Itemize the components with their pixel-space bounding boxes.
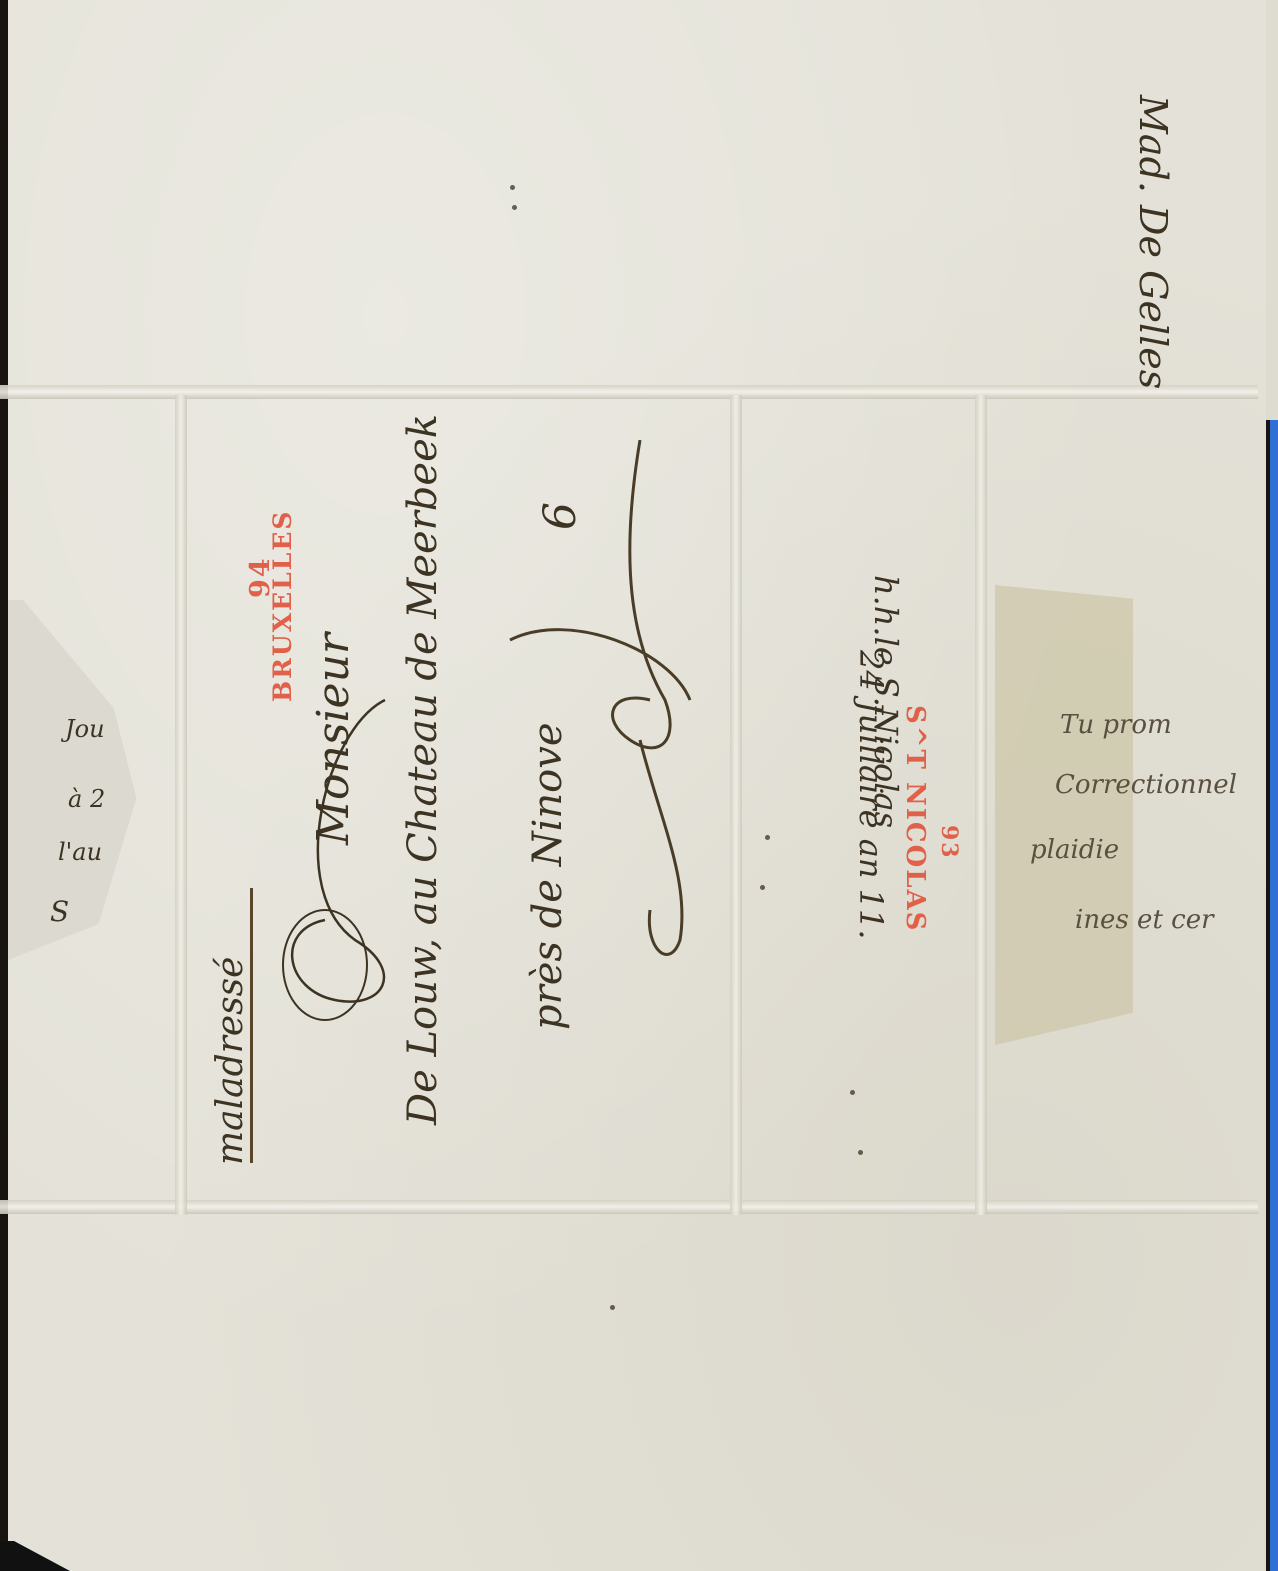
flap-fragment: Jou: [65, 715, 105, 743]
fold-line-vertical-right: [975, 395, 987, 1215]
annotation-maladresse: maladressé: [210, 957, 251, 1165]
sender-note-line-2: 24 Juillaire an 11.: [852, 650, 890, 940]
annotation-underline: [250, 888, 253, 1163]
fold-line-horizontal-bottom: [0, 1200, 1258, 1214]
flap-fragment: l'au: [58, 838, 102, 866]
postmark-bruxelles-town: BRUXELLES: [268, 510, 297, 702]
address-line-1: De Louw, au Chateau de Meerbeek: [400, 414, 446, 1125]
tape-text-line: Tu prom: [1060, 710, 1172, 740]
ink-speck: [850, 1090, 855, 1095]
ink-speck: [610, 1305, 615, 1310]
repair-tape: [995, 585, 1133, 1045]
flap-fragment: S: [50, 895, 69, 928]
scan-background-edge: [1270, 420, 1278, 1571]
flap-fragment: à 2: [68, 785, 105, 813]
ink-speck: [765, 835, 770, 840]
postmark-st-nicolas-town: S^T NICOLAS: [900, 705, 930, 932]
address-salutation: Monsieur: [308, 633, 359, 845]
ink-speck: [510, 185, 515, 190]
fold-line-vertical-left: [175, 395, 187, 1215]
paraph-flourish-icon: [480, 440, 740, 980]
tape-text-line: Correctionnel: [1055, 770, 1237, 800]
paper-edge: [1266, 0, 1278, 420]
ink-speck: [858, 1150, 863, 1155]
postmark-st-nicolas-number: 93: [936, 825, 962, 860]
ink-speck: [512, 205, 517, 210]
tape-text-line: ines et cer: [1075, 905, 1214, 935]
tape-text-line: plaidie: [1030, 835, 1119, 865]
fold-line-horizontal-top: [0, 385, 1258, 399]
ink-speck: [760, 885, 765, 890]
docket-note: Mad. De Gelles: [1131, 95, 1175, 389]
